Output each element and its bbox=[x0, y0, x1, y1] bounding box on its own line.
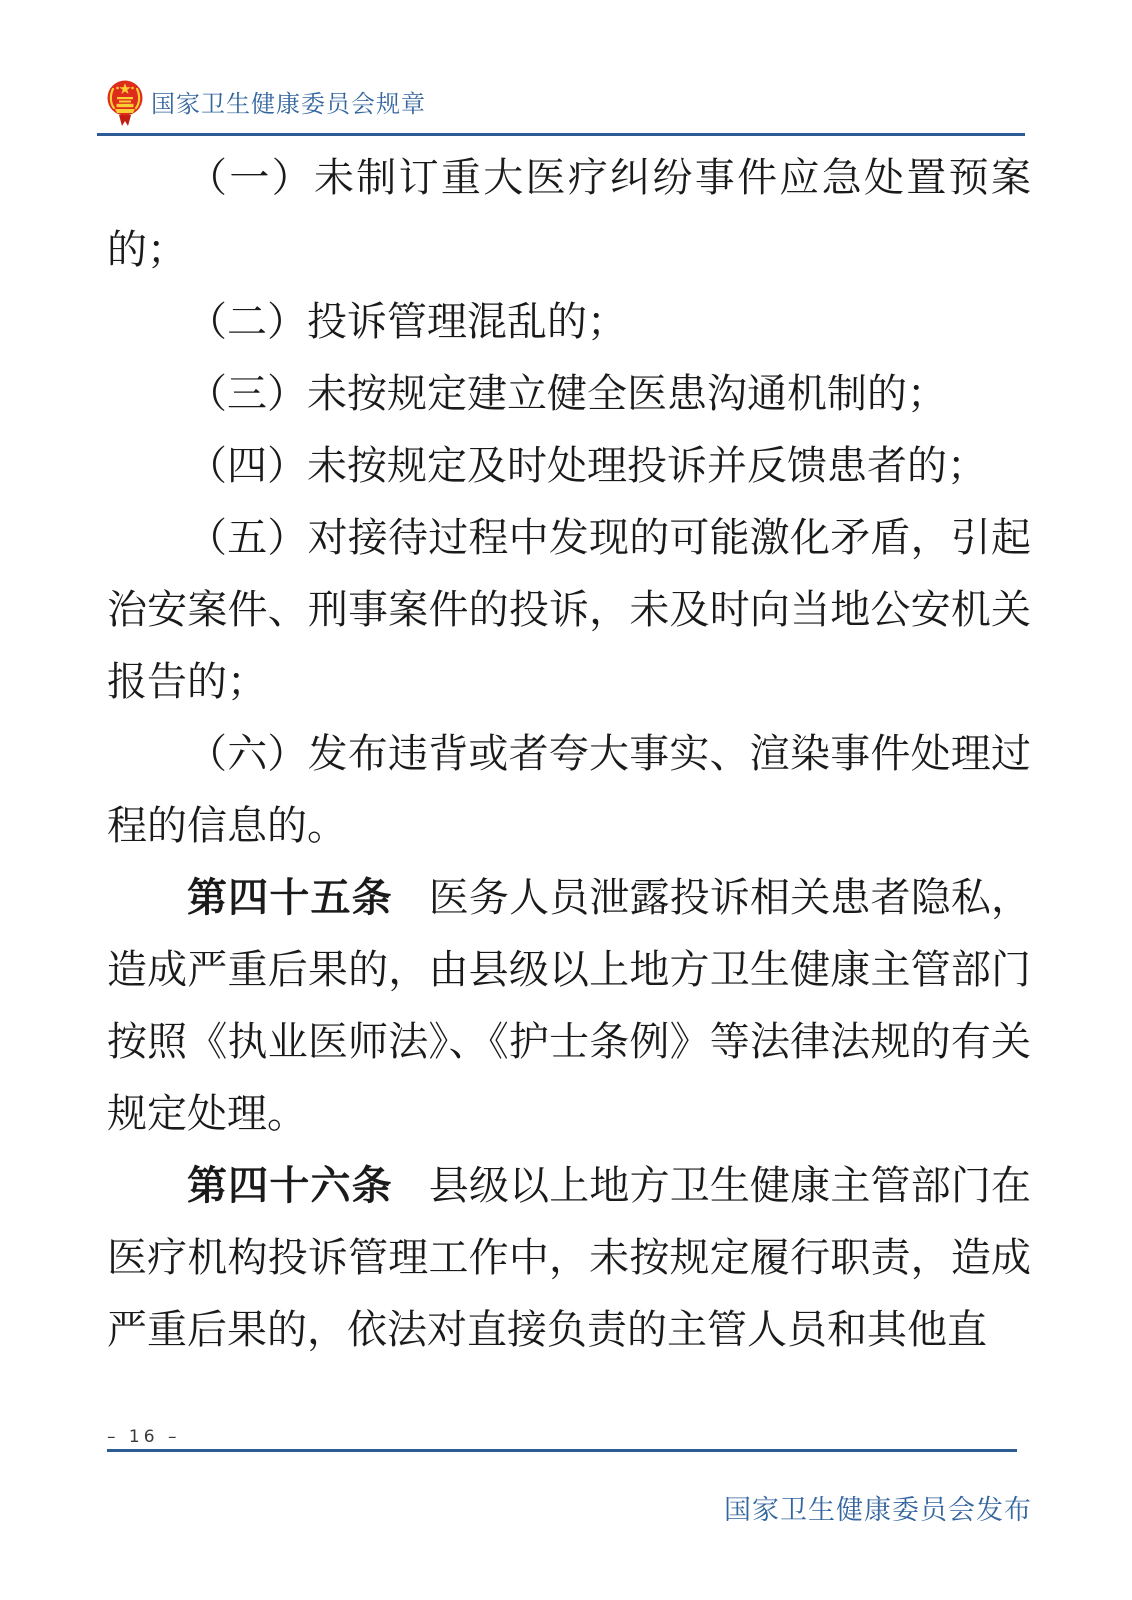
body-paragraph: （三）未按规定建立健全医患沟通机制的； bbox=[107, 358, 1031, 430]
body-paragraph: 第四十六条县级以上地方卫生健康主管部门在医疗机构投诉管理工作中，未按规定履行职责… bbox=[107, 1150, 1031, 1366]
article-number: 第四十六条 bbox=[187, 1163, 393, 1209]
header-rule bbox=[97, 133, 1025, 136]
body-paragraph: （五）对接待过程中发现的可能激化矛盾，引起治安案件、刑事案件的投诉，未及时向当地… bbox=[107, 502, 1031, 718]
body-paragraph: （一）未制订重大医疗纠纷事件应急处置预案的； bbox=[107, 142, 1031, 286]
document-body: （一）未制订重大医疗纠纷事件应急处置预案的；（二）投诉管理混乱的；（三）未按规定… bbox=[107, 142, 1031, 1366]
footer-publisher: 国家卫生健康委员会发布 bbox=[724, 1488, 1032, 1527]
header-agency-title: 国家卫生健康委员会规章 bbox=[151, 84, 426, 119]
body-paragraph: （四）未按规定及时处理投诉并反馈患者的； bbox=[107, 430, 1031, 502]
footer-rule bbox=[107, 1449, 1017, 1452]
body-paragraph: 第四十五条医务人员泄露投诉相关患者隐私，造成严重后果的，由县级以上地方卫生健康主… bbox=[107, 862, 1031, 1150]
body-paragraph: （二）投诉管理混乱的； bbox=[107, 286, 1031, 358]
page-number: – 16 – bbox=[107, 1427, 180, 1447]
page-container: 国家卫生健康委员会规章 （一）未制订重大医疗纠纷事件应急处置预案的；（二）投诉管… bbox=[0, 0, 1132, 1600]
national-emblem-icon bbox=[107, 77, 143, 127]
document-header: 国家卫生健康委员会规章 bbox=[107, 77, 1028, 127]
article-number: 第四十五条 bbox=[187, 875, 393, 921]
body-paragraph: （六）发布违背或者夸大事实、渲染事件处理过程的信息的。 bbox=[107, 718, 1031, 862]
